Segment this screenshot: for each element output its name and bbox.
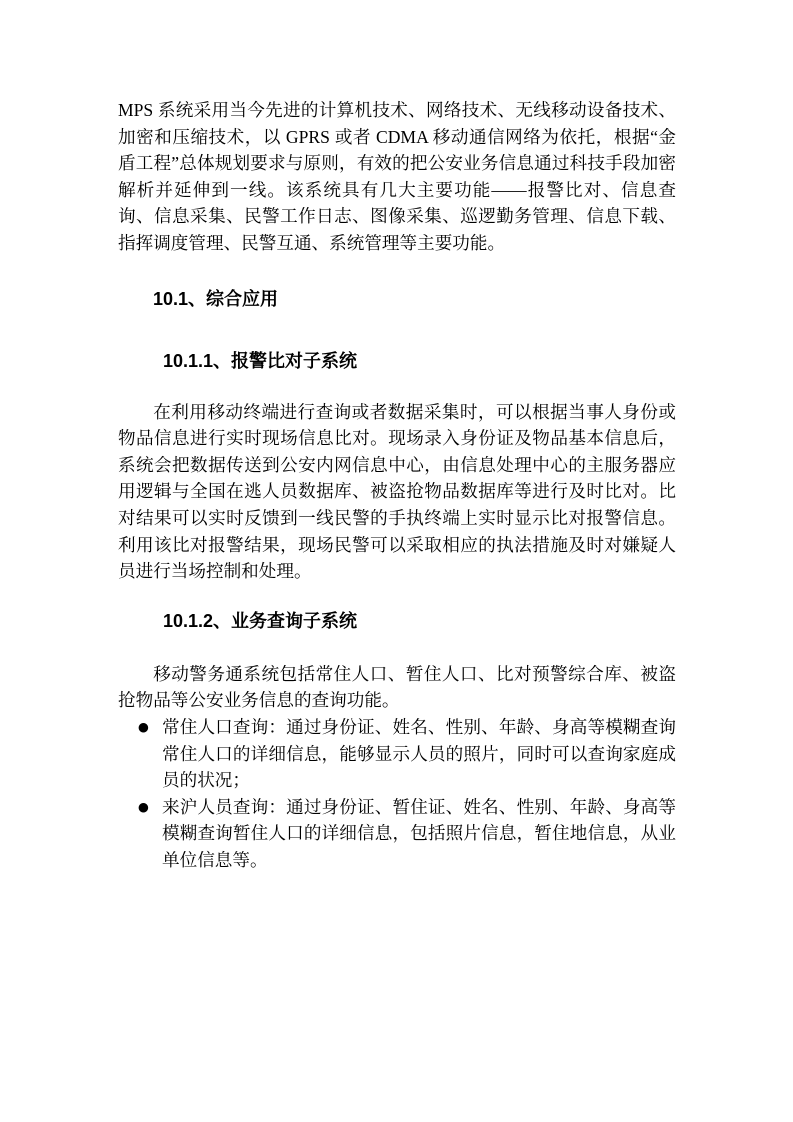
bullet-text-migrant-query: 来沪人员查询：通过身份证、暂住证、姓名、性别、年龄、身高等模糊查询暂住人口的详细… [162,794,676,874]
intro-paragraph: MPS 系统采用当今先进的计算机技术、网络技术、无线移动设备技术、加密和压缩技术… [118,97,676,257]
business-query-paragraph: 移动警务通系统包括常住人口、暂住人口、比对预警综合库、被盗抢物品等公安业务信息的… [118,661,676,714]
subsection-heading-10-1-1: 10.1.1、报警比对子系统 [163,348,676,375]
subsection-heading-10-1-2: 10.1.2、业务查询子系统 [163,608,676,635]
list-item-migrant-query: ● 来沪人员查询：通过身份证、暂住证、姓名、性别、年龄、身高等模糊查询暂住人口的… [118,794,676,874]
alarm-comparison-paragraph: 在利用移动终端进行查询或者数据采集时，可以根据当事人身份或物品信息进行实时现场信… [118,399,676,585]
bullet-icon: ● [138,714,162,741]
bullet-icon: ● [138,794,162,821]
query-feature-list: ● 常住人口查询：通过身份证、姓名、性别、年龄、身高等模糊查询常住人口的详细信息… [118,714,676,874]
document-page: MPS 系统采用当今先进的计算机技术、网络技术、无线移动设备技术、加密和压缩技术… [0,0,793,1122]
section-heading-10-1: 10.1、综合应用 [153,286,676,313]
bullet-text-resident-query: 常住人口查询：通过身份证、姓名、性别、年龄、身高等模糊查询常住人口的详细信息，能… [162,714,676,794]
list-item-resident-query: ● 常住人口查询：通过身份证、姓名、性别、年龄、身高等模糊查询常住人口的详细信息… [118,714,676,794]
